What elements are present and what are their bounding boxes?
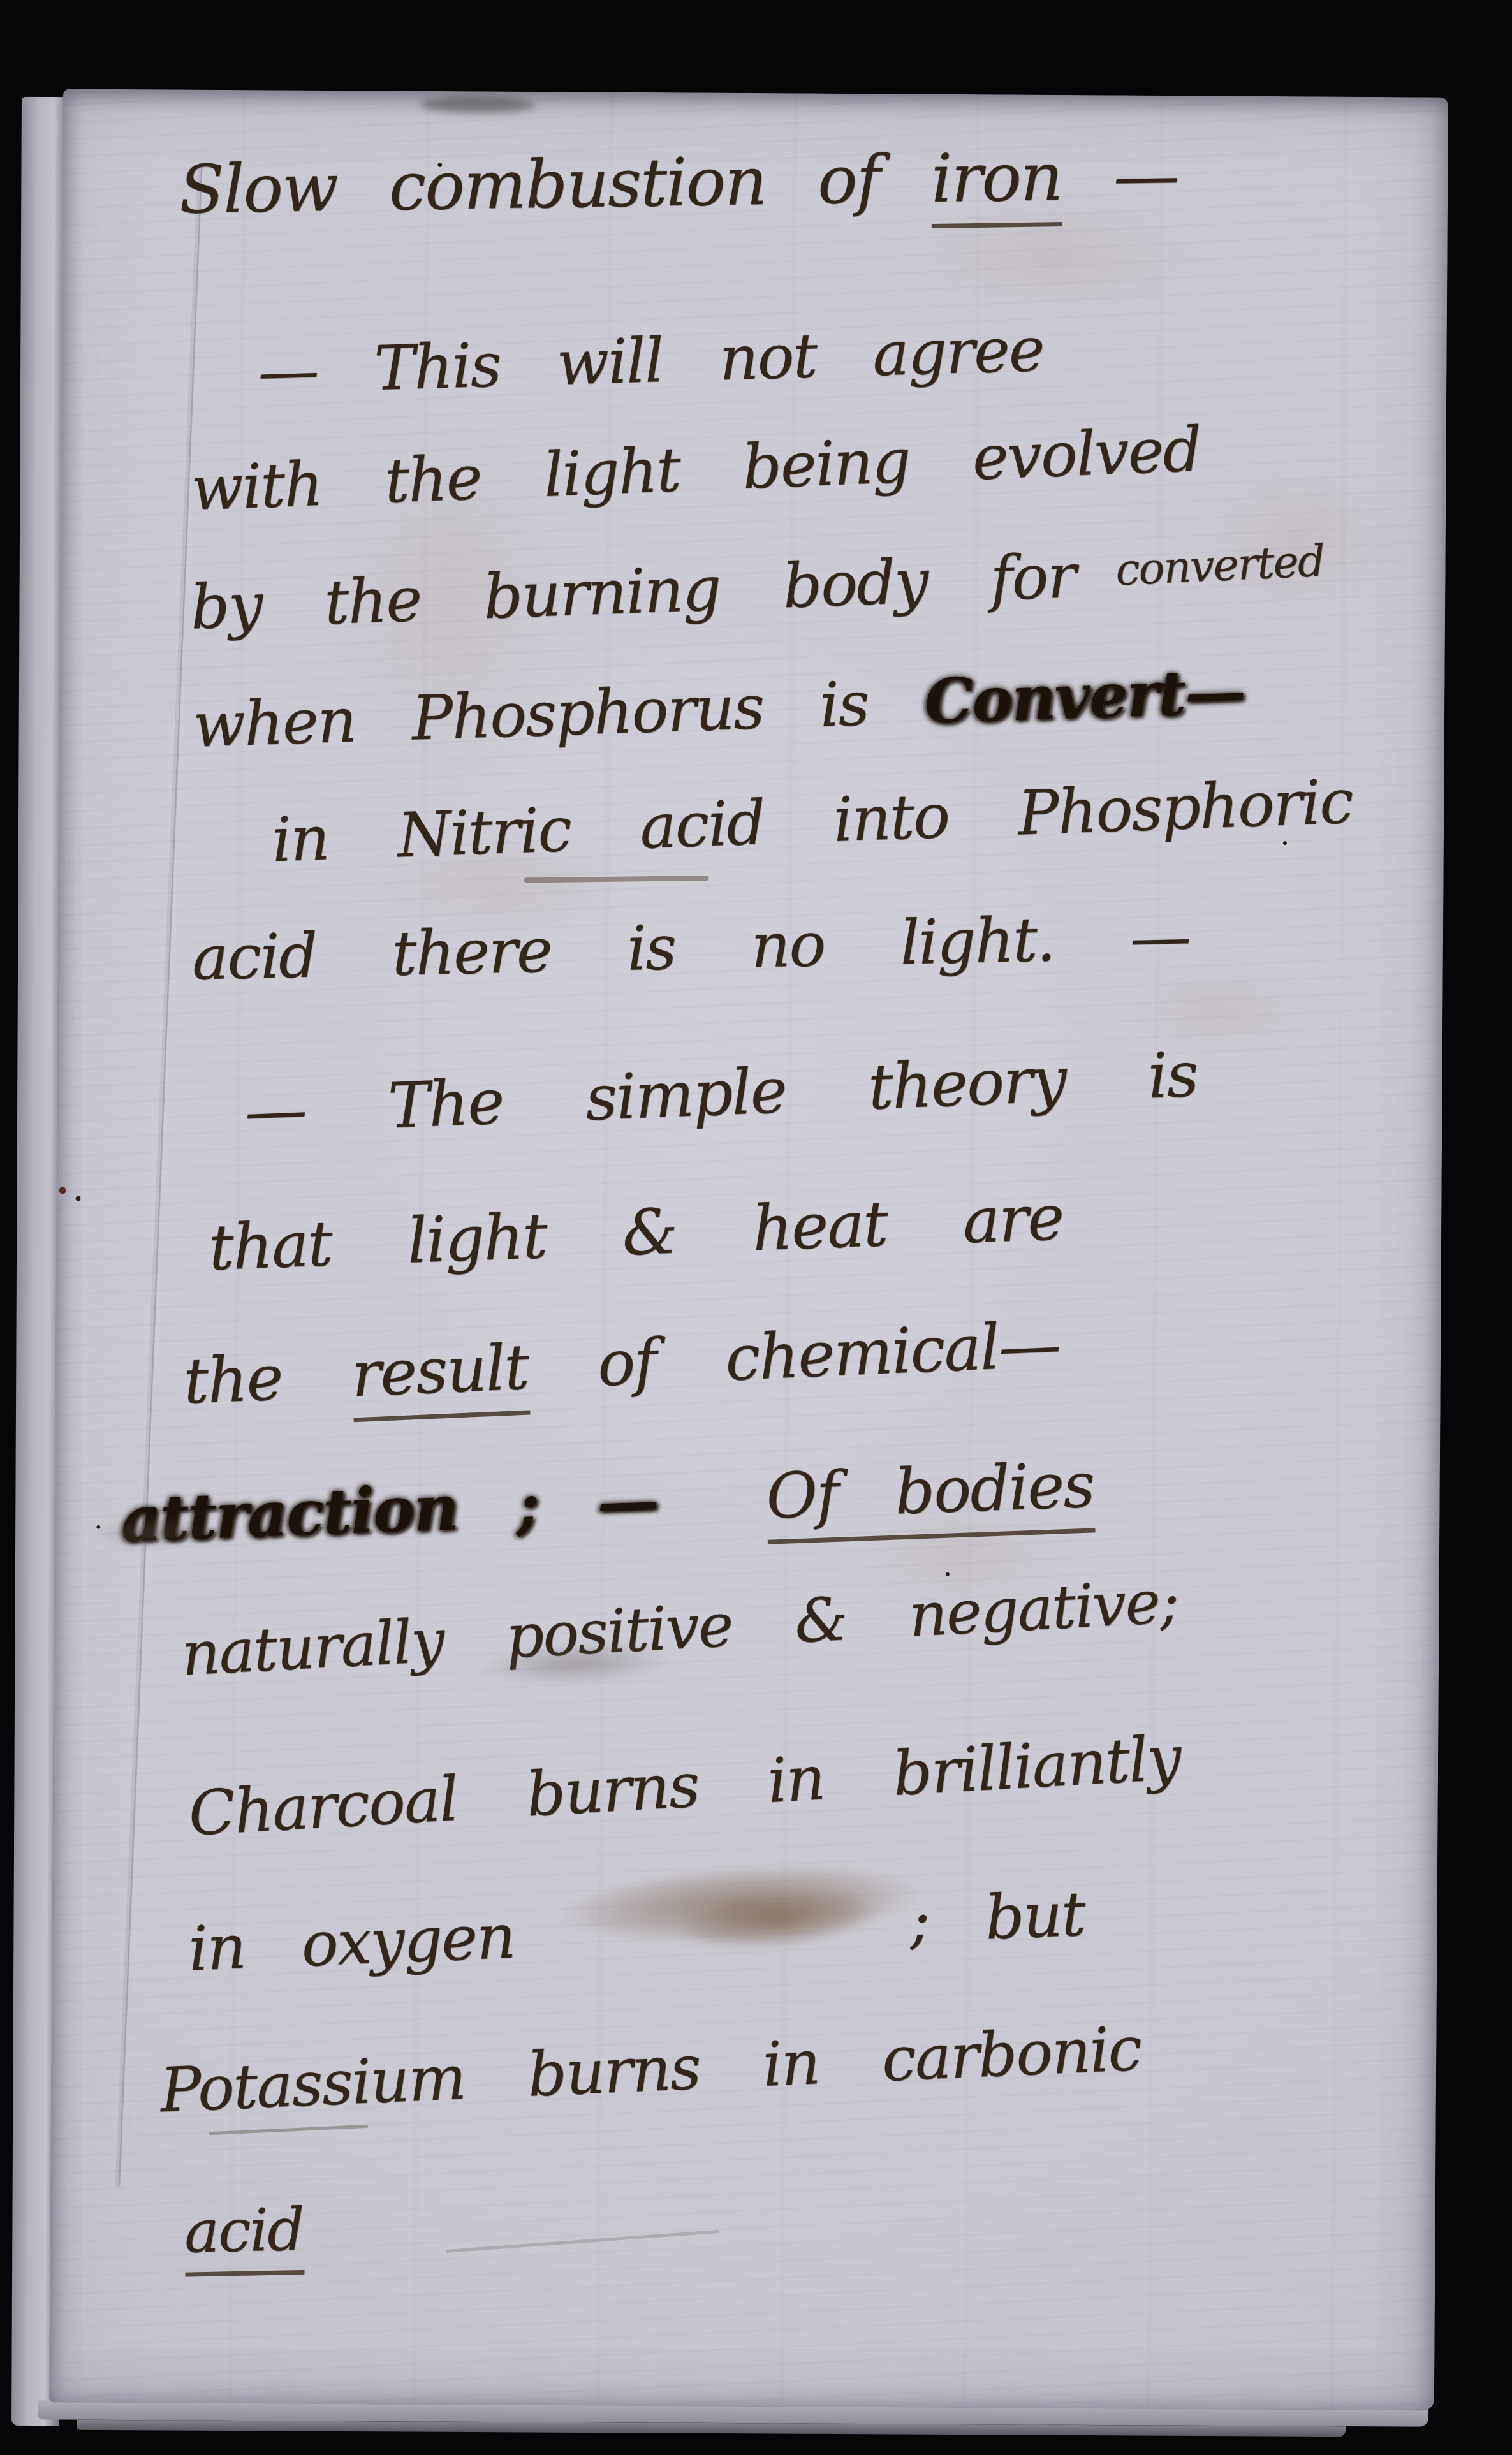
handwritten-line: by the burning body for — [189, 540, 1076, 643]
underlined-phrase: Of bodies — [765, 1449, 1096, 1544]
handwritten-line: that light & heat are — [208, 1182, 1064, 1285]
ink-speck — [59, 1187, 66, 1194]
ink-speck — [946, 1572, 950, 1576]
title-dash: — — [1061, 136, 1179, 216]
line-text: the — [182, 1338, 353, 1418]
handwritten-line: in Nitric acid into Phosphoric — [271, 766, 1354, 876]
handwritten-line: acid — [184, 2195, 304, 2266]
handwritten-line: Potassium burns in carbonic — [159, 2013, 1143, 2127]
line-text: ; but — [908, 1879, 1086, 1957]
pencil-underline — [209, 2125, 369, 2136]
handwritten-line: naturally positive & negative; — [180, 1567, 1180, 1690]
underlined-word: result — [350, 1331, 530, 1423]
line-text: of chemical— — [527, 1308, 1062, 1404]
line-text: when Phosphorus is — [192, 666, 926, 761]
ink-speck — [75, 1196, 80, 1201]
underlined-word: Potassium — [159, 2042, 467, 2126]
underlined-word: acid — [184, 2195, 304, 2277]
line-text: in oxygen — [187, 1901, 516, 1985]
pencil-underline — [446, 2230, 719, 2253]
handwritten-line: Charcoal burns in brilliantly — [187, 1722, 1182, 1850]
blotted-word: attraction ; — — [120, 1464, 659, 1557]
title-text: Slow combustion of — [179, 140, 932, 228]
binding-smear — [420, 96, 535, 114]
handwritten-title-line: Slow combustion of iron — — [179, 136, 1179, 228]
blotted-word: Convert— — [923, 655, 1245, 737]
interlinear-insertion: converted — [1115, 536, 1325, 596]
scan-backdrop: Slow combustion of iron — — This will no… — [0, 0, 1512, 2455]
handwritten-line: the result of chemical— — [182, 1308, 1061, 1419]
handwritten-line: acid there is no light. — — [191, 901, 1191, 994]
manuscript-page: Slow combustion of iron — — This will no… — [49, 89, 1448, 2410]
handwritten-line: — The simple theory is — [243, 1039, 1198, 1149]
ink-speck — [1283, 841, 1287, 845]
line-text: burns in carbonic — [464, 2013, 1143, 2113]
handwritten-line: — This will not agree — [257, 314, 1045, 407]
title-underlined-word: iron — [930, 138, 1062, 228]
handwritten-line: with the light being evolved — [190, 414, 1202, 525]
